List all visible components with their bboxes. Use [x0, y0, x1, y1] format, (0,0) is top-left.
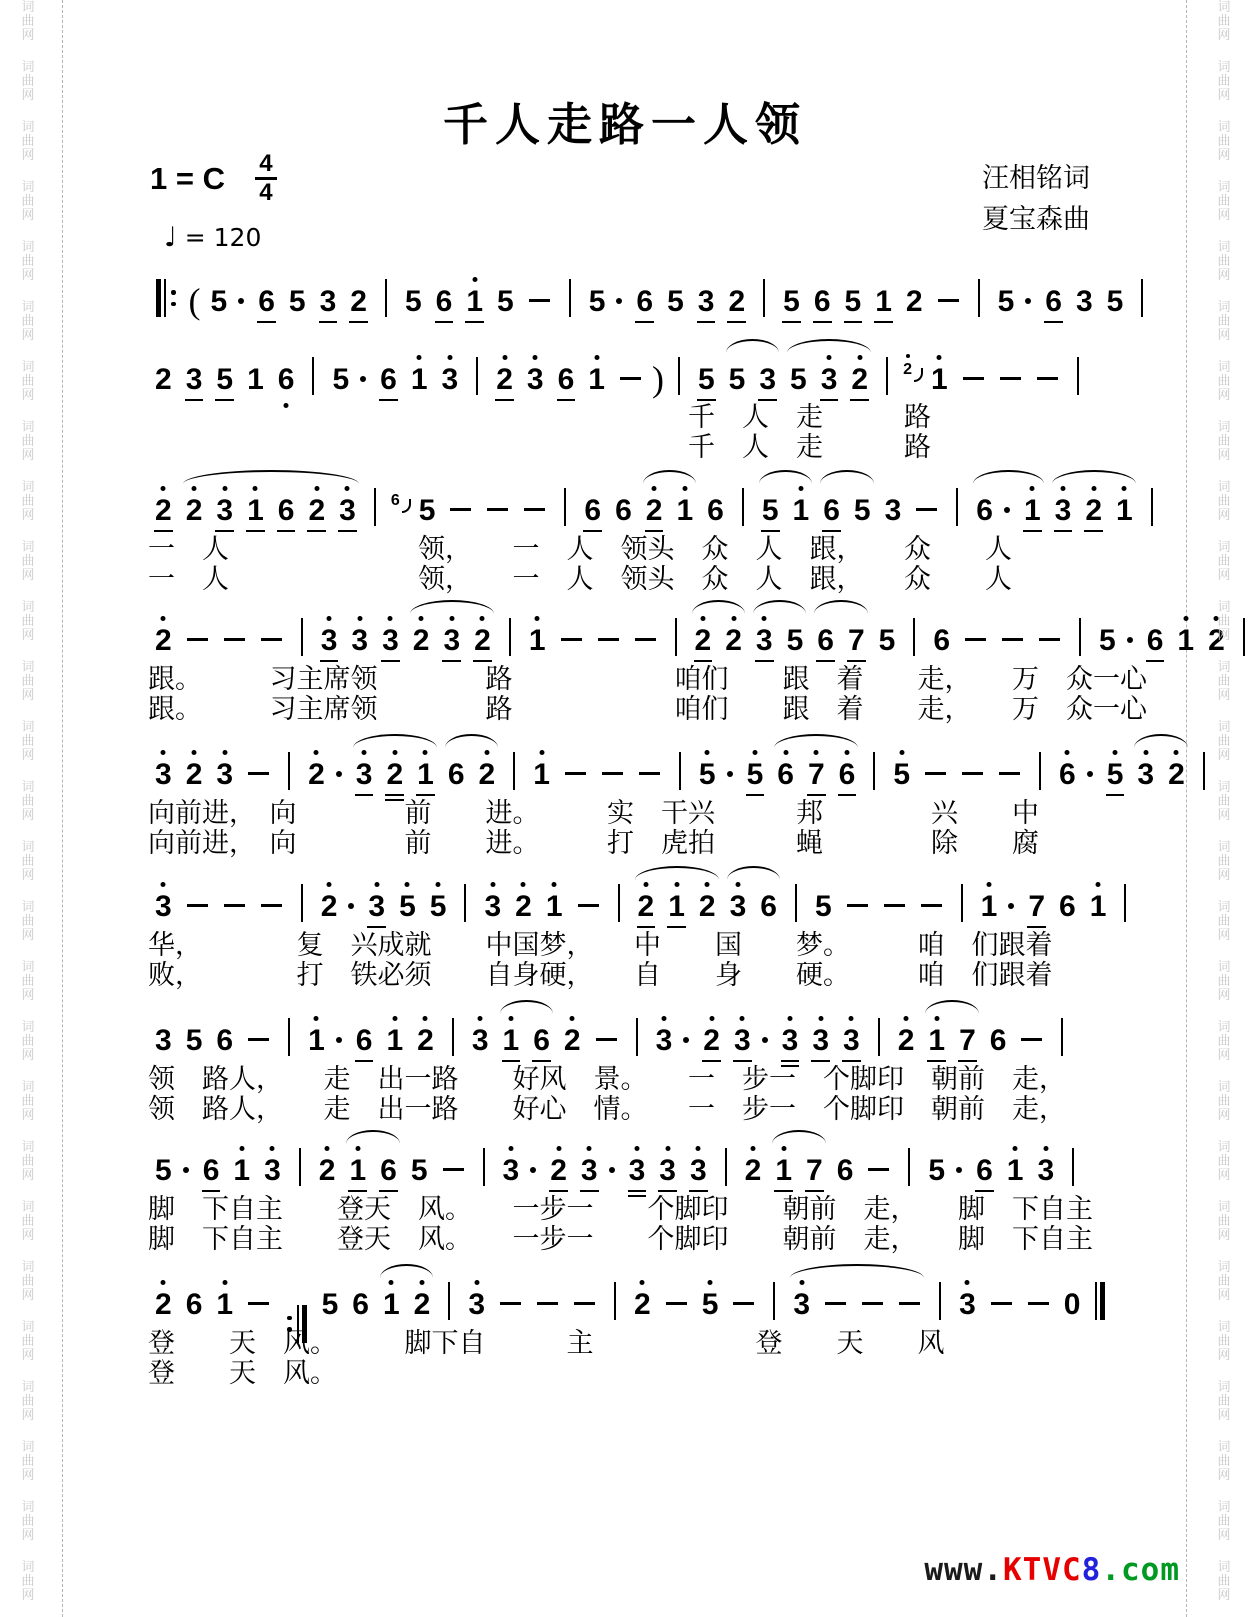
barline [1072, 1148, 1074, 1186]
note: 3 [263, 1155, 282, 1190]
octave-dot-above [447, 355, 452, 360]
dash-prolong [1000, 377, 1021, 381]
note: 5 [410, 1155, 429, 1190]
dash-prolong [248, 772, 269, 776]
note: 6 [1044, 286, 1063, 323]
note: 1 [1006, 1155, 1025, 1190]
watermark-text: 词曲网 [8, 780, 48, 840]
note: 3 [697, 286, 716, 323]
note: 6 [989, 1025, 1008, 1060]
note: 3 [367, 891, 386, 928]
note: 3 [820, 364, 839, 401]
octave-dot-above [652, 486, 657, 491]
octave-dot-above [535, 616, 540, 621]
octave-dot-above [665, 1146, 670, 1151]
octave-dot-above [392, 750, 397, 755]
dot [287, 1316, 292, 1321]
note: 1 [307, 1025, 326, 1060]
note: 2 [318, 1155, 337, 1190]
barline [675, 618, 677, 656]
octave-dot-above [355, 1146, 360, 1151]
note: 1 [930, 364, 949, 399]
watermark-text: 词曲网 [1204, 300, 1244, 360]
note: 2 [495, 364, 514, 401]
dash-prolong [261, 638, 282, 642]
barline [1124, 884, 1126, 922]
note: 6 [185, 1289, 204, 1324]
watermark-text: 词曲网 [1204, 1500, 1244, 1560]
watermark-text: 词曲网 [8, 660, 48, 720]
watermark-text: 词曲网 [8, 480, 48, 540]
octave-dot-above [239, 1146, 244, 1151]
note: 2 [478, 759, 497, 794]
octave-dot-above [682, 486, 687, 491]
note: 3 [154, 891, 173, 926]
slur: 231623 [179, 488, 363, 534]
note: 5 [418, 495, 437, 530]
grace-note: 6 [391, 491, 411, 509]
note: 5 [844, 286, 863, 323]
watermark-text: 词曲网 [1204, 0, 1244, 60]
note: 6 [257, 286, 276, 323]
octave-dot-above [472, 277, 477, 282]
lyrics-line: 华， 复 兴成就 中国梦， 中 国 梦。 咱 们跟着 [148, 930, 1220, 960]
portamento-hook [402, 499, 411, 513]
watermark-text: 词曲网 [1204, 1440, 1244, 1500]
dash-prolong [187, 638, 208, 642]
slur: 32 [1130, 752, 1191, 798]
note: 3 [1075, 286, 1094, 321]
note: 2 [637, 891, 656, 928]
dash-prolong [925, 772, 946, 776]
watermark-text: 词曲网 [1204, 720, 1244, 780]
score-system: 23332321223567565612跟。 习主席领 路 咱们 跟 着 走， … [148, 618, 1220, 724]
note: 5 [927, 1155, 946, 1190]
octave-dot-above [502, 355, 507, 360]
credits: 汪相铭词 夏宝森曲 [982, 158, 1090, 240]
octave-dot-above [508, 1146, 513, 1151]
octave-dot-above [1030, 486, 1035, 491]
note: 1 [667, 891, 686, 928]
octave-dot-above [752, 750, 757, 755]
lyrics-line: 一 人 领， 一 人 领头 众 人 跟， 众 人 [148, 534, 1220, 564]
note: 5 [185, 1025, 204, 1060]
grace-note: 2 [903, 360, 923, 378]
octave-dot-above [906, 354, 910, 358]
watermark-text: 词曲网 [1204, 960, 1244, 1020]
augmentation-dot [762, 1037, 768, 1043]
note: 6 [215, 1025, 234, 1060]
dash-prolong [565, 772, 586, 776]
dash-prolong [847, 904, 868, 908]
augmentation-dot [727, 771, 733, 777]
octave-dot-above [521, 882, 526, 887]
dash-prolong [1002, 638, 1023, 642]
note: 1 [1023, 495, 1042, 532]
octave-dot-above [374, 882, 379, 887]
note: 1 [1089, 891, 1108, 926]
slur: 17 [768, 1148, 829, 1194]
octave-dot-above [1091, 486, 1096, 491]
watermark-text: 词曲网 [1204, 420, 1244, 480]
octave-dot-above [362, 750, 367, 755]
note: 3 [467, 1289, 486, 1324]
note: 5 [728, 364, 747, 399]
barline [978, 279, 980, 317]
dash-prolong [1028, 1302, 1049, 1306]
dash-prolong [1037, 377, 1058, 381]
note: 5 [853, 495, 872, 530]
augmentation-dot [1087, 771, 1093, 777]
watermark-text: 词曲网 [8, 60, 48, 120]
watermark-text: 词曲网 [8, 360, 48, 420]
watermark-text: 词曲网 [1204, 660, 1244, 720]
octave-dot-above [708, 1280, 713, 1285]
score-system: 223162365662165165361321一 人 领， 一 人 领头 众 … [148, 488, 1220, 594]
watermark-text: 词曲网 [8, 1500, 48, 1560]
note: 6 [277, 495, 296, 532]
score-system: 2615612325330登 天 风。 脚下自 主 登 天 风登 天 风。 [148, 1282, 1220, 1388]
octave-dot-above [484, 750, 489, 755]
note: 1 [1115, 495, 1134, 530]
key-signature: 1 = C 4 4 [150, 152, 277, 205]
note: 7 [807, 759, 826, 796]
note: 2 [897, 1025, 916, 1060]
barline [742, 488, 744, 526]
thin-bar [164, 279, 166, 317]
dash-prolong [916, 508, 937, 512]
octave-dot-above [696, 1146, 701, 1151]
augmentation-dot [1004, 507, 1010, 513]
note: 5 [746, 759, 765, 796]
watermark-text: 词曲网 [8, 1020, 48, 1080]
note: 2 [724, 625, 743, 660]
dash-prolong [187, 904, 208, 908]
watermark-text: 词曲网 [8, 1200, 48, 1260]
note: 0 [1063, 1289, 1082, 1324]
dash-prolong [248, 1038, 269, 1042]
octave-dot-above [787, 1016, 792, 1021]
octave-dot-above [587, 1146, 592, 1151]
dash-prolong [524, 508, 545, 512]
url-segment[interactable]: .com [1101, 1552, 1180, 1588]
barline [448, 1282, 450, 1320]
note: 2 [349, 286, 368, 323]
note: 6 [351, 1289, 370, 1324]
octave-dot-above [417, 355, 422, 360]
note: 2 [416, 1025, 435, 1060]
octave-dot-above [192, 486, 197, 491]
dash-prolong [1021, 1038, 1042, 1042]
note: 1 [385, 1025, 404, 1060]
dash-prolong [537, 1302, 558, 1306]
notation-line: 223162365662165165361321 [148, 488, 1220, 534]
octave-dot-above [388, 616, 393, 621]
octave-dot-below [284, 403, 289, 408]
octave-dot-above [419, 616, 424, 621]
octave-dot-above [161, 750, 166, 755]
note: 2 [307, 759, 326, 794]
augmentation-dot [683, 1037, 689, 1043]
dash-prolong [1039, 638, 1060, 642]
watermark-column-left: 词曲网词曲网词曲网词曲网词曲网词曲网词曲网词曲网词曲网词曲网词曲网词曲网词曲网词… [8, 0, 48, 1617]
note: 3 [781, 1025, 800, 1067]
octave-dot-above [556, 1146, 561, 1151]
note: 7 [1027, 891, 1046, 928]
slur: 12 [376, 1282, 437, 1328]
sheet-music-page: 词曲网词曲网词曲网词曲网词曲网词曲网词曲网词曲网词曲网词曲网词曲网词曲网词曲网词… [0, 0, 1250, 1617]
slur: 676 [770, 752, 862, 798]
octave-dot-above [327, 616, 332, 621]
octave-dot-above [314, 1016, 319, 1021]
url-segment[interactable]: www. [924, 1552, 1003, 1588]
octave-dot-above [799, 1280, 804, 1285]
watermark-text: 词曲网 [1204, 780, 1244, 840]
note: 2 [154, 364, 173, 399]
octave-dot-above [490, 882, 495, 887]
barline [464, 884, 466, 922]
octave-dot-above [533, 355, 538, 360]
octave-dot-above [735, 882, 740, 887]
note: 6 [836, 1155, 855, 1190]
note: 6 [776, 759, 795, 794]
note: 6 [1146, 625, 1165, 662]
watermark-text: 词曲网 [8, 1260, 48, 1320]
note: 3 [154, 1025, 173, 1060]
octave-dot-above [634, 1146, 639, 1151]
watermark-text: 词曲网 [1204, 1320, 1244, 1380]
note: 3 [1036, 1155, 1055, 1190]
watermark-text: 词曲网 [8, 1080, 48, 1140]
note: 5 [331, 364, 350, 399]
watermark-text: 词曲网 [1204, 540, 1244, 600]
barline [678, 357, 680, 395]
lyrics-line: 登 天 风。 [148, 1358, 1220, 1388]
site-url[interactable]: www.KTVC8.com [924, 1552, 1180, 1588]
augmentation-dot [530, 1167, 536, 1173]
watermark-text: 词曲网 [1204, 240, 1244, 300]
slur: 17 [921, 1018, 982, 1064]
barline [288, 752, 290, 790]
watermark-text: 词曲网 [1204, 1020, 1244, 1080]
notation-line: 356161231623233332176 [148, 1018, 1220, 1064]
note: 2 [307, 495, 326, 532]
barline [878, 1018, 880, 1056]
note: 5 [496, 286, 515, 321]
note: 3 [338, 495, 357, 532]
octave-dot-above [314, 750, 319, 755]
dash-prolong [733, 1302, 754, 1306]
octave-dot-above [405, 882, 410, 887]
watermark-text: 词曲网 [1204, 900, 1244, 960]
watermark-text: 词曲网 [1204, 120, 1244, 180]
note: 2 [514, 891, 533, 926]
octave-dot-above [1122, 486, 1127, 491]
octave-dot-above [899, 750, 904, 755]
augmentation-dot [1025, 298, 1031, 304]
note: 1 [246, 364, 265, 399]
octave-dot-above [1183, 616, 1188, 621]
note: 2 [185, 759, 204, 794]
barline [301, 618, 303, 656]
portamento-hook [914, 368, 923, 382]
octave-dot-above [1061, 486, 1066, 491]
watermark-text: 词曲网 [8, 240, 48, 300]
watermark-text: 词曲网 [1204, 1560, 1244, 1617]
octave-dot-above [423, 750, 428, 755]
octave-dot-above [161, 616, 166, 621]
octave-dot-above [740, 1016, 745, 1021]
slur: 51 [755, 488, 816, 534]
final-barline [1095, 1282, 1105, 1320]
dash-prolong [224, 904, 245, 908]
score-system: 32323216215567656532向前进， 向 前 进。 实 干兴 邦 兴… [148, 752, 1220, 858]
slur: 16 [342, 1148, 403, 1194]
augmentation-dot [360, 376, 366, 382]
octave-dot-above [640, 1280, 645, 1285]
note: 1 [416, 759, 435, 796]
score-system: 2351656132361)55353221 千 人 走 路 千 人 走 路 [148, 356, 1220, 462]
dash-prolong [884, 904, 905, 908]
note: 3 [355, 759, 374, 796]
lyrics-line: 败， 打 铁必须 自身硬， 自 身 硬。 咱 们跟着 [148, 960, 1220, 990]
slur: 36 [723, 884, 784, 930]
dash-prolong [574, 1302, 595, 1306]
notation-line: 23332321223567565612 [148, 618, 1220, 664]
note: 3 [185, 364, 204, 401]
barline [773, 1282, 775, 1320]
note: 3 [689, 1155, 708, 1192]
note: 6 [557, 364, 576, 401]
octave-dot-above [570, 1016, 575, 1021]
lyrics-line: 领 路人， 走 出一路 好风 景。 一 步一 个脚印 朝前 走， [148, 1064, 1220, 1094]
barline [1079, 618, 1081, 656]
octave-dot-above [849, 1016, 854, 1021]
augmentation-dot [238, 298, 244, 304]
note: 1 [465, 286, 484, 323]
octave-dot-above [161, 1280, 166, 1285]
note: 1 [215, 1289, 234, 1324]
augmentation-dot [183, 1167, 189, 1173]
note: 2 [412, 625, 431, 660]
note: 6 [759, 891, 778, 926]
meter-denominator: 4 [259, 181, 272, 205]
note: 6 [447, 759, 466, 794]
lyricist-credit: 汪相铭词 [982, 158, 1090, 199]
grace-digit: 6 [391, 491, 400, 509]
note: 2 [727, 286, 746, 323]
lyrics-line: 一 人 领， 一 人 领头 众 人 跟， 众 人 [148, 564, 1220, 594]
dash-prolong [962, 772, 983, 776]
dash-prolong [602, 772, 623, 776]
dash-prolong [620, 377, 641, 381]
dash-prolong [938, 299, 959, 303]
octave-dot-above [1013, 1146, 1018, 1151]
note: 1 [1176, 625, 1195, 660]
note: 1 [980, 891, 999, 926]
slur: 65 [816, 488, 877, 534]
note: 1 [675, 495, 694, 530]
note: 7 [805, 1155, 824, 1192]
note: 2 [645, 495, 664, 532]
note: 3 [502, 1155, 521, 1190]
slur: 35 [749, 618, 810, 664]
octave-dot-above [192, 750, 197, 755]
augmentation-dot [348, 903, 354, 909]
slur: 61 [969, 488, 1047, 534]
note: 6 [706, 495, 725, 530]
barline [513, 752, 515, 790]
barline [795, 884, 797, 922]
octave-dot-above [222, 750, 227, 755]
octave-dot-above [986, 882, 991, 887]
note: 2 [694, 625, 713, 662]
octave-dot-above [161, 882, 166, 887]
note: 2 [385, 759, 404, 801]
watermark-text: 词曲网 [8, 1560, 48, 1617]
octave-dot-above [1065, 750, 1070, 755]
octave-dot-above [508, 1016, 513, 1021]
note: 5 [1106, 286, 1125, 321]
watermark-text: 词曲网 [1204, 1140, 1244, 1200]
lyrics-line: 千 人 走 路 [148, 402, 1220, 432]
octave-dot-above [661, 1016, 666, 1021]
dash-prolong [868, 1168, 889, 1172]
barline [939, 1282, 941, 1320]
note: 3 [811, 1025, 830, 1062]
octave-dot-above [674, 882, 679, 887]
octave-dot-above [357, 616, 362, 621]
octave-dot-above [844, 750, 849, 755]
dot [171, 302, 176, 307]
slur: 16 [496, 1018, 557, 1064]
url-segment[interactable]: KTVC [1003, 1552, 1082, 1588]
note: 2 [850, 364, 869, 401]
notation-line: 32323216215567656532 [148, 752, 1220, 798]
note: 3 [792, 1289, 811, 1324]
note: 3 [1054, 495, 1073, 532]
watermark-text: 词曲网 [8, 300, 48, 360]
note: 6 [583, 495, 602, 532]
octave-dot-above [781, 1146, 786, 1151]
octave-dot-above [436, 882, 441, 887]
notation-line: 323553212123651761 [148, 884, 1220, 930]
note: 3 [215, 759, 234, 794]
dash-prolong [963, 377, 984, 381]
barline [679, 752, 681, 790]
augmentation-dot [336, 1037, 342, 1043]
octave-dot-above [270, 1146, 275, 1151]
composer-credit: 夏宝森曲 [982, 199, 1090, 240]
note: 2 [633, 1289, 652, 1324]
note: 6 [932, 625, 951, 660]
note: 5 [786, 625, 805, 660]
meter-numerator: 4 [259, 152, 272, 176]
note: 6 [435, 286, 454, 323]
note: 7 [958, 1025, 977, 1062]
note: 5 [215, 364, 234, 401]
note: 6 [1058, 759, 1077, 794]
url-segment[interactable]: 8 [1082, 1552, 1102, 1588]
note: 1 [545, 891, 564, 926]
note: 3 [215, 495, 234, 532]
note: 5 [588, 286, 607, 321]
barline [614, 1282, 616, 1320]
octave-dot-above [392, 1016, 397, 1021]
note: 1 [792, 495, 811, 530]
slur: 62 [441, 752, 502, 798]
note: 1 [246, 495, 265, 532]
